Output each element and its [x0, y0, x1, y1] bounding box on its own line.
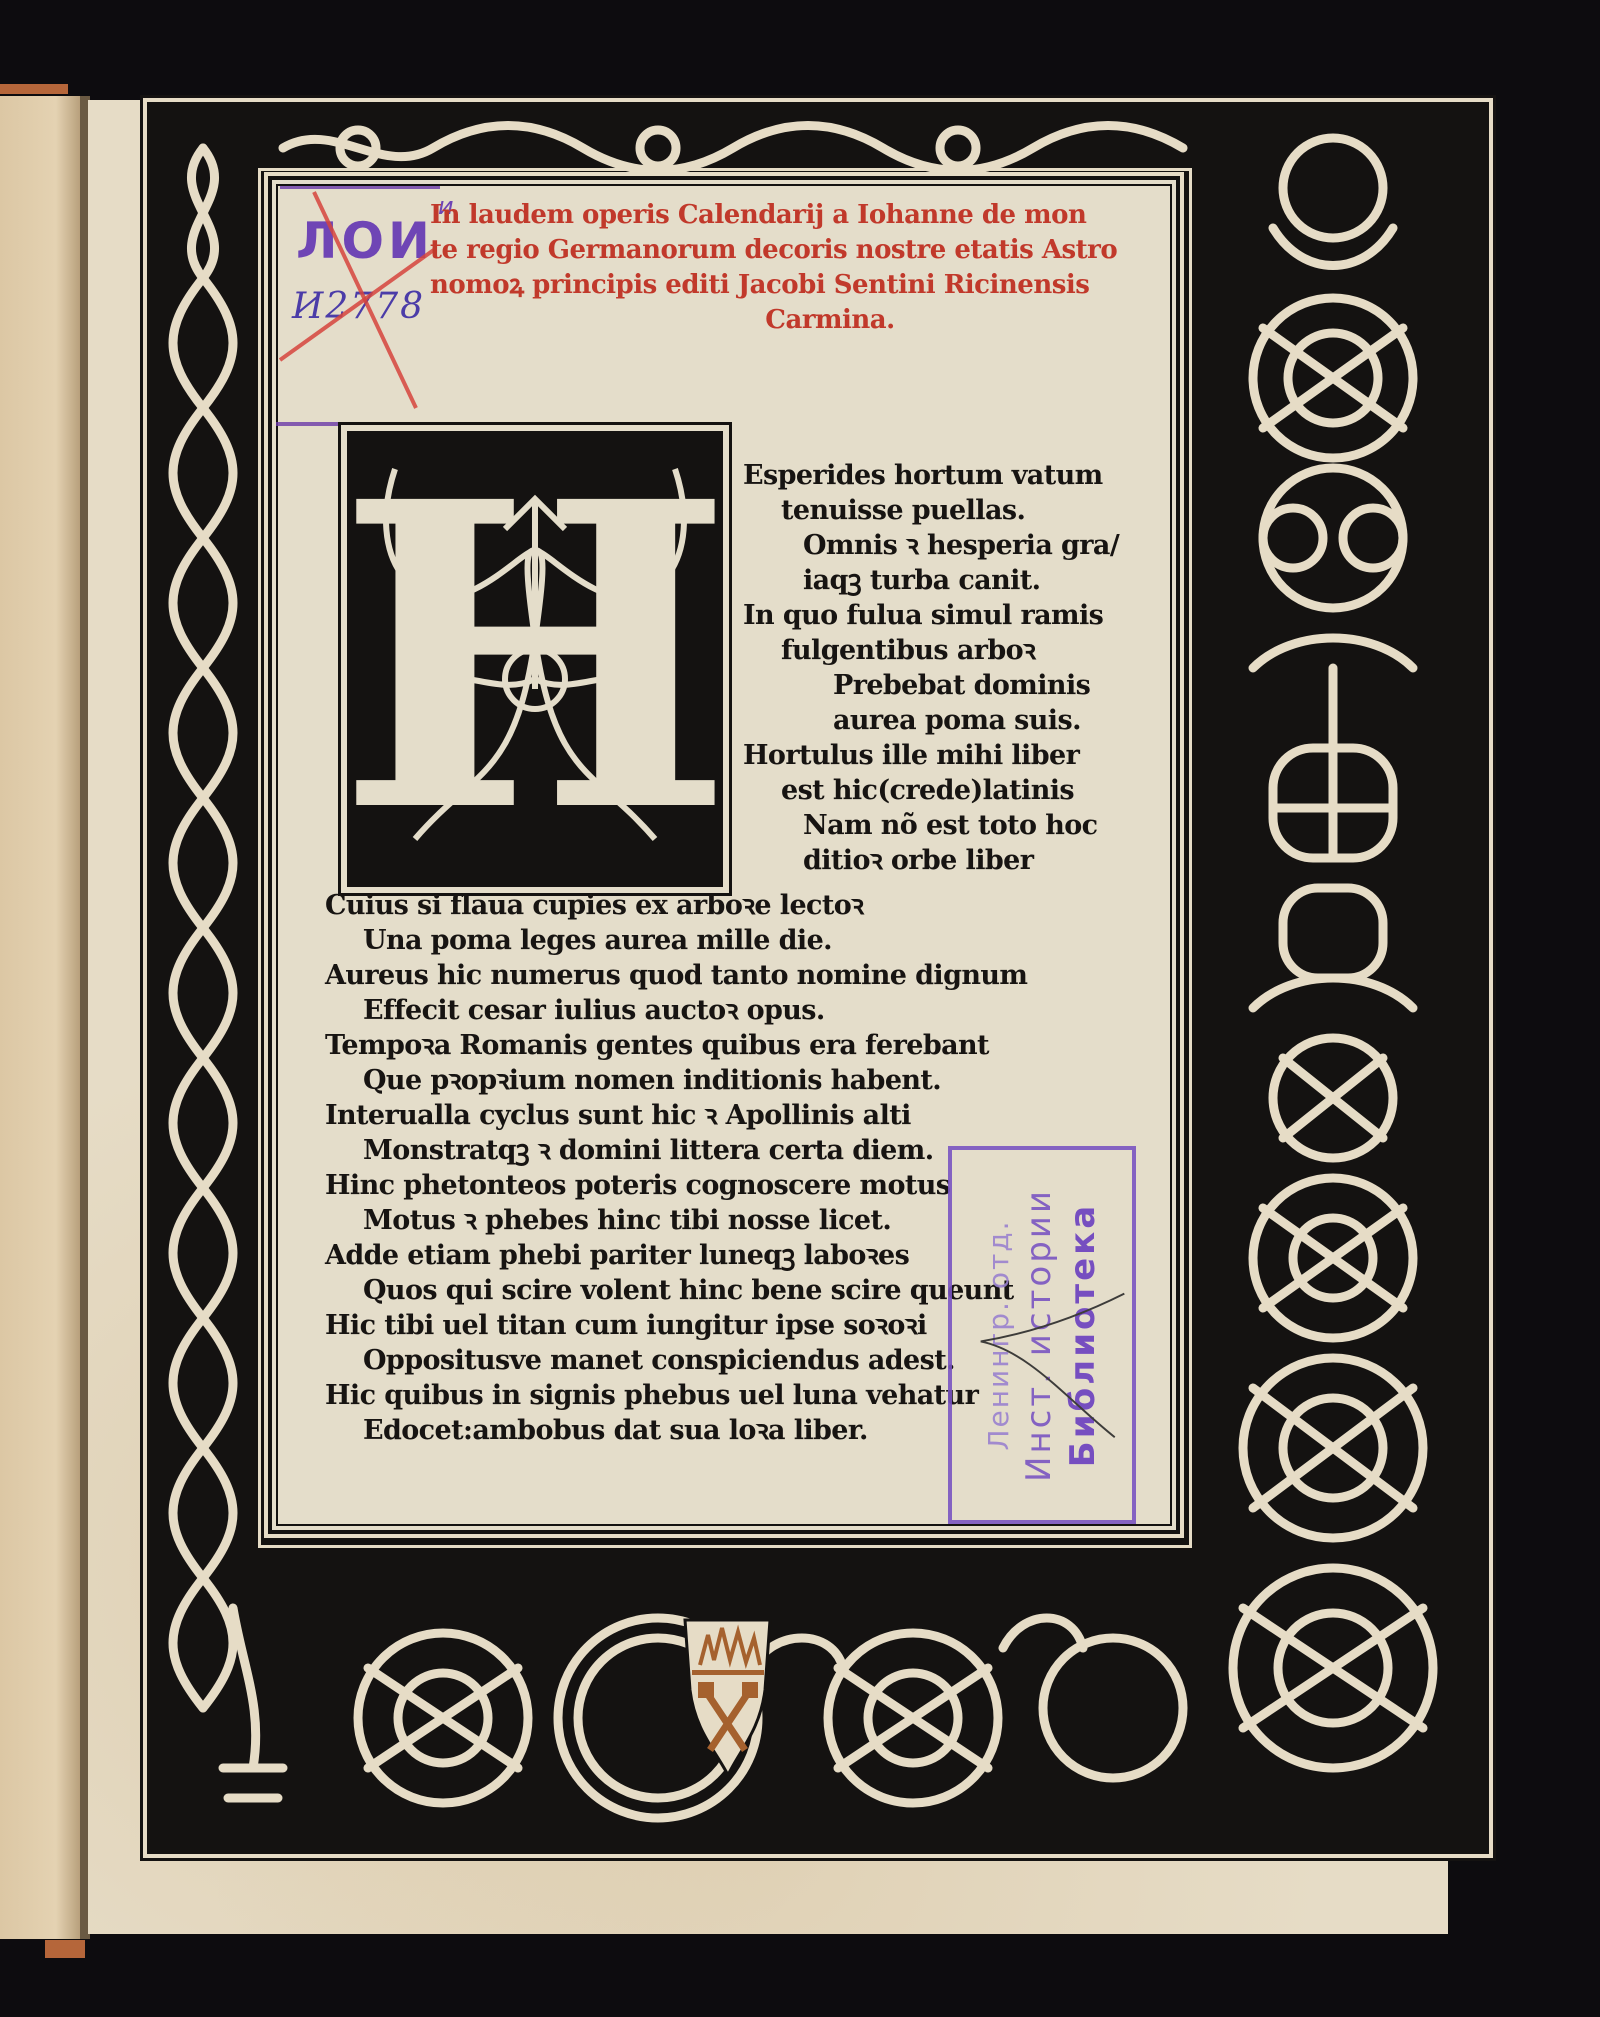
verse-block-full-width: Cuius si flaua cupies ex arboꝛe lectoꝛ U…: [325, 888, 1027, 1448]
verse-line: Omnis ꝛ hesperia gra/: [743, 528, 1119, 563]
verse-line: Adde etiam phebi pariter luneqꝫ laboꝛes: [325, 1238, 1027, 1273]
binding-leather-tab: [0, 84, 68, 94]
verse-line: Prebebat dominis: [743, 668, 1119, 703]
rubric-line: nomoꝝ principis editi Jacobi Sentini Ric…: [430, 268, 1190, 303]
decorated-initial: H: [338, 422, 732, 896]
coat-of-arms-crossed-keys-icon: [680, 1610, 775, 1780]
verse-line: Cuius si flaua cupies ex arboꝛe lectoꝛ: [325, 888, 1027, 923]
verse-line: Hic tibi uel titan cum iungitur ipse soꝛ…: [325, 1308, 1027, 1343]
verse-line: Effecit cesar iulius auctoꝛ opus.: [325, 993, 1027, 1028]
verse-line: Que pꝛopꝛium nomen inditionis habent.: [325, 1063, 1027, 1098]
verse-line: aurea poma suis.: [743, 703, 1119, 738]
verse-line: Hic quibus in signis phebus uel luna veh…: [325, 1378, 1027, 1413]
rubric-line: te regio Germanorum decoris nostre etati…: [430, 233, 1190, 268]
verse-line: In quo fulua simul ramis: [743, 598, 1119, 633]
pencil-cancel-mark-icon: [952, 1150, 1132, 1512]
verse-line: Hortulus ille mihi liber: [743, 738, 1119, 773]
verse-line: Edocet:ambobus dat sua loꝛa liber.: [325, 1413, 1027, 1448]
binding-leather-foot: [45, 1940, 85, 1958]
rubric-line: In laudem operis Calendarij a Iohanne de…: [430, 198, 1190, 233]
verse-line: est hic(crede)latinis: [743, 773, 1119, 808]
verse-line: iaqꝫ turba canit.: [743, 563, 1119, 598]
left-chain-knots-icon: [173, 148, 233, 1708]
verse-line: Aureus hic numerus quod tanto nomine dig…: [325, 958, 1027, 993]
verse-line: ditioꝛ orbe liber: [743, 843, 1119, 878]
verse-line: Hinc phetonteos poteris cognoscere motus: [325, 1168, 1027, 1203]
initial-letter: H: [355, 439, 715, 879]
adjacent-leaf: [0, 96, 80, 1939]
verse-line: Una poma leges aurea mille die.: [325, 923, 1027, 958]
verse-line: fulgentibus arboꝛ: [743, 633, 1119, 668]
library-ownership-stamp: Ленингр. отд. Инст. истории Библиотека: [948, 1146, 1136, 1524]
verse-line: Oppositusve manet conspiciendus adest.: [325, 1343, 1027, 1378]
verse-line: tenuisse puellas.: [743, 493, 1119, 528]
rubric-heading: In laudem operis Calendarij a Iohanne de…: [430, 198, 1190, 338]
right-knot-medallions-icon: [1233, 138, 1433, 1768]
verse-line: Interualla cyclus sunt hic ꝛ Apollinis a…: [325, 1098, 1027, 1133]
verse-line: Tempoꝛa Romanis gentes quibus era fereba…: [325, 1028, 1027, 1063]
rubric-line: Carmina.: [430, 303, 1190, 338]
red-cancel-cross-icon: [276, 180, 436, 420]
verse-block-beside-initial: Esperides hortum vatum tenuisse puellas.…: [743, 458, 1119, 878]
top-vine-scrolls-icon: [283, 126, 1183, 171]
verse-line: Esperides hortum vatum: [743, 458, 1119, 493]
verse-line: Quos qui scire volent hinc bene scire qu…: [325, 1273, 1027, 1308]
verse-line: Monstratqꝫ ꝛ domini littera certa diem.: [325, 1133, 1027, 1168]
library-accession-stamp: ЛОИ и И2778: [276, 180, 426, 420]
verse-line: Motus ꝛ phebes hinc tibi nosse licet.: [325, 1203, 1027, 1238]
verse-line: Nam nõ est toto hoc: [743, 808, 1119, 843]
